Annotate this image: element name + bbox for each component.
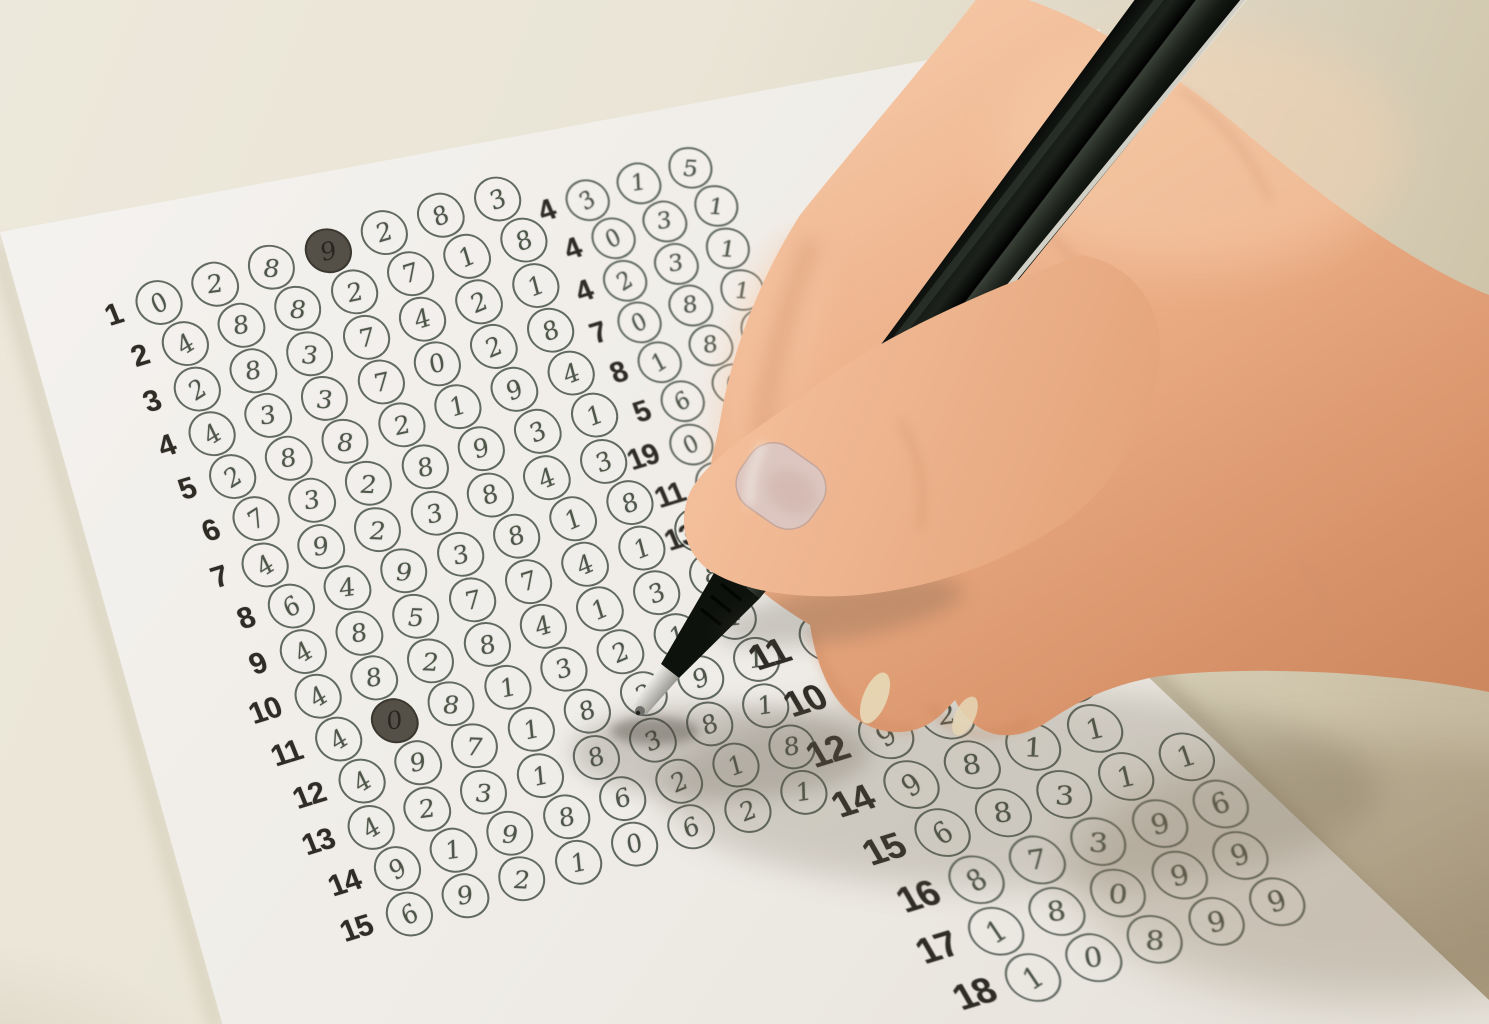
- hand-shadow-near-pen: [570, 704, 870, 800]
- pen-ballpoint-dark: [636, 711, 640, 715]
- pen-tip-shadow: [611, 717, 699, 745]
- cast-shadows: [570, 690, 1489, 1000]
- photo-scene: 1 0289283 2 4882718 3 2837421 4 4337028 …: [0, 0, 1489, 1024]
- hand-and-pen-layer: [0, 0, 1489, 1024]
